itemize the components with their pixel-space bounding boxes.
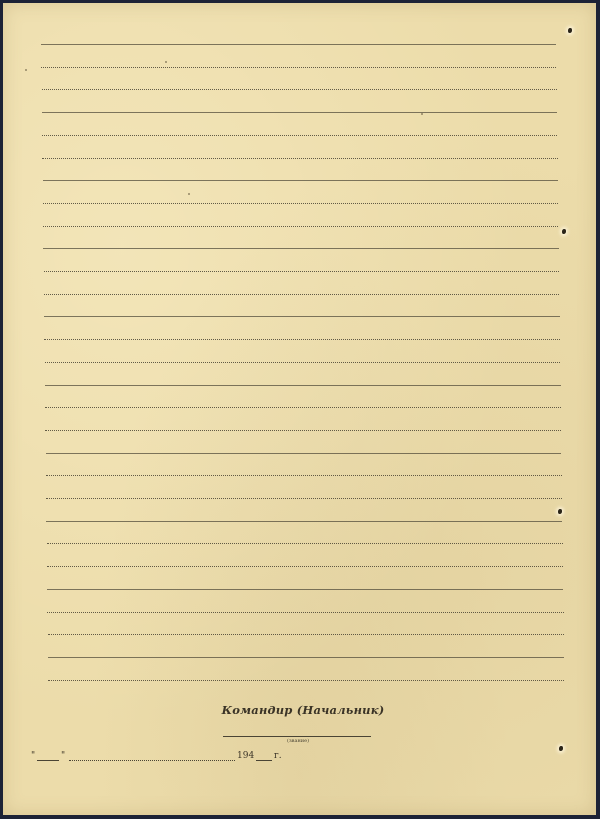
day-blank bbox=[37, 760, 59, 761]
commander-title: Командир (Начальник) bbox=[3, 703, 600, 717]
ruled-line bbox=[46, 453, 562, 454]
year-suffix: г. bbox=[274, 751, 282, 761]
punch-hole-icon bbox=[568, 28, 572, 33]
ruled-line bbox=[44, 316, 560, 317]
year-blank bbox=[256, 760, 272, 761]
date-open-quote: " bbox=[31, 751, 35, 761]
punch-hole-icon bbox=[559, 746, 563, 751]
ruled-line bbox=[43, 226, 558, 227]
ruled-line bbox=[43, 203, 558, 204]
ruled-line bbox=[45, 362, 561, 363]
ruled-line bbox=[46, 498, 562, 499]
rank-caption: (звание) bbox=[287, 738, 309, 744]
ruled-line bbox=[45, 430, 561, 431]
ruled-line bbox=[47, 589, 563, 590]
paper-speck bbox=[188, 193, 190, 195]
ruled-line bbox=[41, 67, 556, 68]
ruled-line bbox=[42, 89, 557, 90]
signature-line bbox=[223, 736, 371, 737]
ruled-line bbox=[48, 680, 564, 681]
ruled-line bbox=[48, 657, 564, 658]
punch-hole-icon bbox=[558, 509, 562, 514]
ruled-line bbox=[42, 135, 557, 136]
paper-speck bbox=[165, 61, 167, 63]
punch-hole-icon bbox=[562, 229, 566, 234]
ruled-line bbox=[47, 543, 563, 544]
ruled-line bbox=[42, 112, 557, 113]
ruled-line bbox=[44, 339, 560, 340]
date-close-quote: " bbox=[61, 751, 65, 761]
ruled-line bbox=[45, 407, 561, 408]
document-page: Командир (Начальник) (звание) " " 194 г. bbox=[3, 3, 596, 815]
paper-speck bbox=[421, 113, 423, 115]
year-prefix: 194 bbox=[237, 751, 254, 761]
ruled-line bbox=[45, 385, 561, 386]
ruled-line bbox=[43, 180, 558, 181]
ruled-line bbox=[41, 44, 556, 45]
ruled-line bbox=[47, 566, 563, 567]
ruled-line bbox=[44, 271, 560, 272]
ruled-line bbox=[42, 158, 557, 159]
ruled-line bbox=[47, 612, 563, 613]
ruled-line bbox=[46, 521, 562, 522]
ruled-line bbox=[44, 294, 560, 295]
ruled-line bbox=[43, 248, 559, 249]
ruled-line bbox=[48, 634, 564, 635]
ruled-line bbox=[46, 475, 562, 476]
month-blank bbox=[69, 760, 235, 761]
paper-speck bbox=[25, 69, 27, 71]
